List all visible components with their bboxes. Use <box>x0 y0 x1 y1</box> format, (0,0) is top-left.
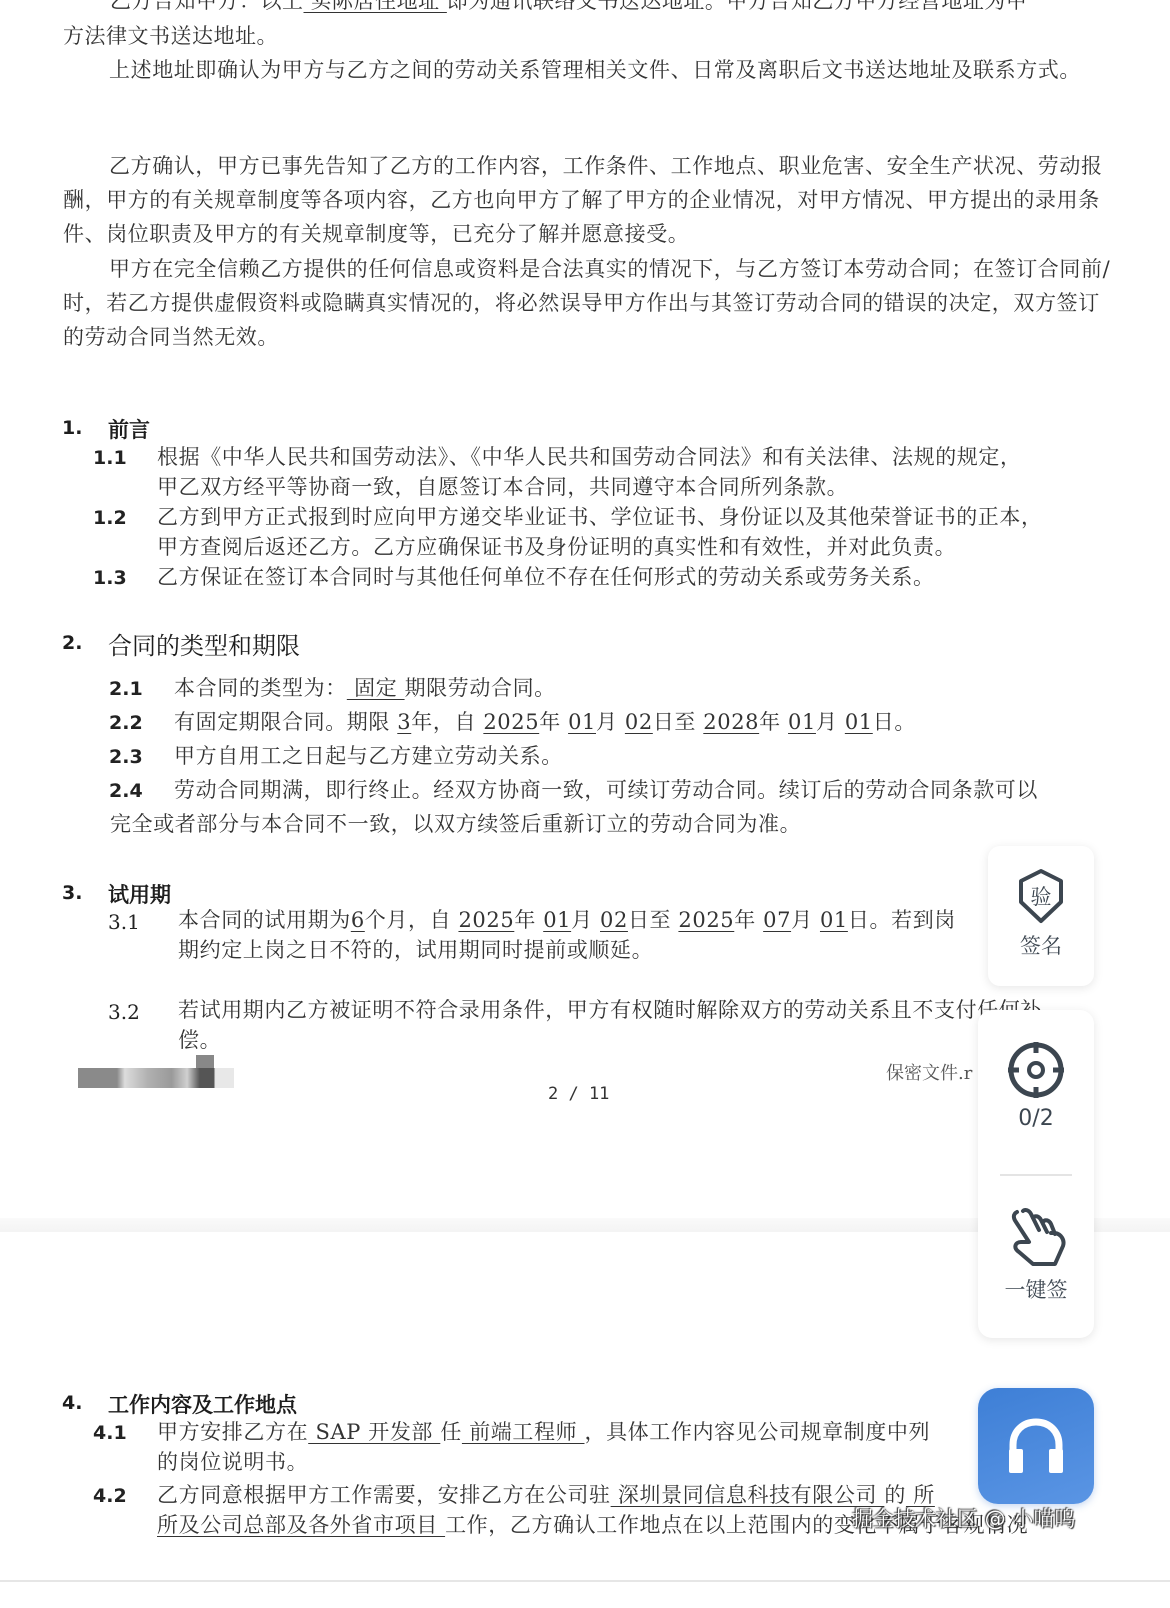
section-2-title: 合同的类型和期限 <box>108 626 300 661</box>
probation-months-field: 6 <box>351 908 365 932</box>
clause-text: 劳动合同期满，即行终止。经双方协商一致，可续订劳动合同。续订后的劳动合同条款可以 <box>174 775 1038 805</box>
redacted-logo-part <box>196 1055 214 1069</box>
clause-text: 若试用期内乙方被证明不符合录用条件，甲方有权随时解除双方的劳动关系且不支付任何补… <box>178 995 1042 1055</box>
probation-start-month: 01 <box>543 908 571 932</box>
probation-end-month: 07 <box>763 908 791 932</box>
company-field: 深圳景同信息科技有限公司 <box>611 1483 885 1507</box>
customer-support-button[interactable] <box>978 1388 1094 1504</box>
clause-text: 根据《中华人民共和国劳动法》、《中华人民共和国劳动合同法》和有关法律、法规的规定… <box>157 442 1022 502</box>
department-field: SAP 开发部 <box>308 1420 440 1444</box>
section-1-number: 1. <box>62 417 82 439</box>
start-month-field: 01 <box>568 710 596 734</box>
clause-number: 1.3 <box>93 567 127 589</box>
probation-start-day: 02 <box>600 908 628 932</box>
end-day-field: 01 <box>845 710 873 734</box>
clause-text: 乙方保证在签订本合同时与其他任何单位不存在任何形式的劳动关系或劳务关系。 <box>157 562 935 592</box>
watermark: 掘金技术社区 @ 小喵呜 <box>852 1503 1075 1533</box>
intro-paragraph-acknowledge: 乙方确认，甲方已事先告知了乙方的工作内容，工作条件、工作地点、职业危害、安全生产… <box>63 149 1113 251</box>
confidential-label: 保密文件.r <box>886 1059 972 1085</box>
clause-number: 3.1 <box>108 910 140 934</box>
svg-text:验: 验 <box>1031 885 1052 909</box>
intro-line-0: 乙方告知甲方：以上 实际居住地址 即为通讯联络文书送达地址。甲方告知乙方甲方经营… <box>110 0 1027 18</box>
start-day-field: 02 <box>625 710 653 734</box>
clause-text: 有固定期限合同。期限 3年，自 2025年 01月 02日至 2028年 01月… <box>174 707 916 737</box>
one-click-sign-label: 一键签 <box>1005 1274 1068 1304</box>
one-click-sign-button[interactable]: 一键签 <box>978 1206 1094 1304</box>
document-viewer[interactable]: 乙方告知甲方：以上 实际居住地址 即为通讯联络文书送达地址。甲方告知乙方甲方经营… <box>0 0 1170 1608</box>
probation-start-year: 2025 <box>458 908 514 932</box>
verify-signature-label: 签名 <box>1020 930 1062 960</box>
shield-verify-icon: 验 <box>1017 868 1065 924</box>
clause-text-continued: 完全或者部分与本合同不一致，以双方续签后重新订立的劳动合同为准。 <box>110 809 801 839</box>
probation-end-year: 2025 <box>678 908 734 932</box>
work-location-field: 所及公司总部及各外省市项目 <box>157 1513 445 1537</box>
intro-line-1: 方法律文书送达地址。 <box>63 19 278 53</box>
term-years-field: 3 <box>397 710 411 734</box>
hand-pointer-icon <box>1003 1206 1069 1268</box>
headphones-icon <box>1005 1415 1067 1477</box>
clause-number: 2.2 <box>109 712 143 734</box>
section-4-number: 4. <box>62 1392 82 1414</box>
clause-text: 本合同的试用期为6个月，自 2025年 01月 02日至 2025年 07月 0… <box>178 905 956 965</box>
signature-progress-count: 0/2 <box>1018 1106 1053 1131</box>
clause-number: 4.2 <box>93 1485 127 1507</box>
end-month-field: 01 <box>788 710 816 734</box>
target-locate-icon <box>1006 1040 1066 1100</box>
panel-divider <box>1000 1174 1072 1176</box>
address-field: 实际居住地址 <box>304 0 447 13</box>
intro-paragraph-address: 上述地址即确认为甲方与乙方之间的劳动关系管理相关文件、日常及离职后文书送达地址及… <box>63 53 1113 87</box>
probation-end-day: 01 <box>820 908 848 932</box>
clause-number: 2.1 <box>109 678 143 700</box>
clause-number: 1.2 <box>93 507 127 529</box>
clause-text: 甲方自用工之日起与乙方建立劳动关系。 <box>174 741 563 771</box>
clause-number: 3.2 <box>108 1000 140 1024</box>
clause-number: 1.1 <box>93 447 127 469</box>
redacted-company-logo <box>78 1068 234 1088</box>
clause-number: 4.1 <box>93 1422 127 1444</box>
section-2-number: 2. <box>62 632 82 654</box>
clause-text: 本合同的类型为： 固定 期限劳动合同。 <box>174 673 556 703</box>
position-field: 前端工程师 <box>462 1420 585 1444</box>
section-3-title: 试用期 <box>108 879 171 909</box>
section-3-number: 3. <box>62 882 82 904</box>
clause-text: 甲方安排乙方在 SAP 开发部 任 前端工程师 ，具体工作内容见公司规章制度中列… <box>157 1417 930 1477</box>
signing-tools-panel: 0/2 一键签 <box>978 1010 1094 1338</box>
section-4-title: 工作内容及工作地点 <box>108 1389 297 1419</box>
verify-signature-button[interactable]: 验 签名 <box>988 846 1094 986</box>
contract-type-field: 固定 <box>347 676 405 700</box>
section-1-title: 前言 <box>108 414 150 444</box>
end-year-field: 2028 <box>703 710 759 734</box>
intro-paragraph-trust: 甲方在完全信赖乙方提供的任何信息或资料是合法真实的情况下，与乙方签订本劳动合同；… <box>63 252 1113 354</box>
start-year-field: 2025 <box>483 710 539 734</box>
page-number: 2 / 11 <box>548 1084 609 1104</box>
clause-number: 2.3 <box>109 746 143 768</box>
clause-text: 乙方到甲方正式报到时应向甲方递交毕业证书、学位证书、身份证以及其他荣誉证书的正本… <box>157 502 1043 562</box>
clause-number: 2.4 <box>109 780 143 802</box>
locate-signature-button[interactable]: 0/2 <box>978 1040 1094 1131</box>
viewer-bottom-bar <box>0 1580 1170 1608</box>
